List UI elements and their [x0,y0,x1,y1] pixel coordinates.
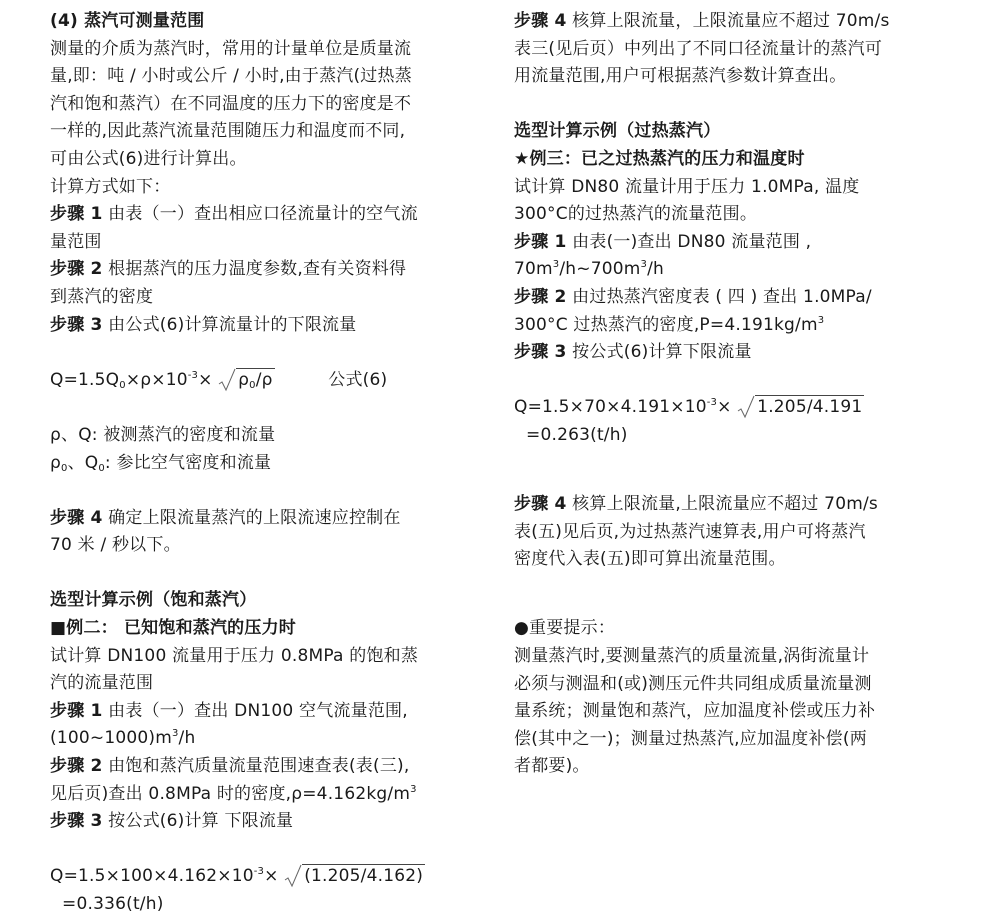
formula-part: ×ρ×10 [126,370,188,390]
sqrt-icon [284,864,302,888]
step-2-cont: 到蒸汽的密度 [50,284,490,312]
step-3: 步骤 3 由公式(6)计算流量计的下限流量 [50,312,490,340]
exponent: 3 [410,784,417,795]
step-text: 70m [514,259,553,279]
formula-part: Q=1.5×100×4.162×10 [50,866,254,886]
legend-symbol: 、Q [68,453,99,473]
formula-label: 公式(6) [328,370,387,390]
example-3-intro: 300°C的过热蒸汽的流量范围。 [514,201,954,229]
legend-symbol: ρ [50,453,61,473]
example-2-title: ■例二： 已知饱和蒸汽的压力时 [50,615,490,643]
step-text: 由表（一）查出 DN100 空气流量范围, [103,701,408,721]
sqrt: (1.205/4.162) [284,863,425,891]
formula-part: × [198,370,212,390]
step-4b-cont: 表(五)见后页,为过热蒸汽速算表,用户可将蒸汽 [514,519,954,547]
step-text: 由饱和蒸汽质量流量范围速查表(表(三), [103,756,410,776]
example-3-title: ★例三：已之过热蒸汽的压力和温度时 [514,146,954,174]
step-4-cont: 用流量范围,用户可根据蒸汽参数计算查出。 [514,63,954,91]
step-label: 步骤 2 [514,287,567,307]
right-column: 步骤 4 核算上限流量，上限流量应不超过 70m/s 表三(见后页）中列出了不同… [514,8,954,781]
step-text: /h [647,259,664,279]
intro-line: 可由公式(6)进行计算出。 [50,146,490,174]
step-label: 步骤 4 [514,494,567,514]
intro-line: 一样的,因此蒸汽流量范围随压力和温度而不同, [50,118,490,146]
step-4b: 步骤 4 核算上限流量,上限流量应不超过 70m/s [514,491,954,519]
step-text: 根据蒸汽的压力温度参数,查有关资料得 [103,259,407,279]
exponent: -3 [707,397,717,408]
step-text: 核算上限流量，上限流量应不超过 70m/s [567,11,890,31]
intro-line: 测量的介质为蒸汽时，常用的计量单位是质量流 [50,36,490,64]
intro-line: 汽和饱和蒸汽）在不同温度的压力下的密度是不 [50,91,490,119]
method-title: 计算方式如下： [50,174,490,202]
example-2-intro: 汽的流量范围 [50,670,490,698]
step-text: 见后页)查出 0.8MPa 时的密度,ρ=4.162kg/m [50,784,410,804]
sqrt: ρ0/ρ [218,367,274,395]
step-label: 步骤 1 [514,232,567,252]
step-label: 步骤 3 [50,315,103,335]
step-label: 步骤 1 [50,701,103,721]
example-title: 选型计算示例（过热蒸汽） [514,118,954,146]
ex2-step-1-cont: (100~1000)m3/h [50,725,490,753]
step-4-cont: 70 米 / 秒以下。 [50,532,490,560]
ex2-formula: Q=1.5×100×4.162×10-3× (1.205/4.162) [50,863,490,891]
formula-part: × [264,866,278,886]
legend-symbol: ρ、Q [50,425,92,445]
step-4: 步骤 4 核算上限流量，上限流量应不超过 70m/s [514,8,954,36]
sqrt: 1.205/4.191 [737,394,864,422]
step-text: 核算上限流量,上限流量应不超过 70m/s [567,494,878,514]
legend-text: : 参比空气密度和流量 [105,453,271,473]
step-label: 步骤 3 [514,342,567,362]
step-text: (100~1000)m [50,728,172,748]
step-text: 由过热蒸汽密度表 ( 四 ) 查出 1.0MPa/ [567,287,872,307]
exponent: -3 [188,370,198,381]
step-4b-cont: 密度代入表(五)即可算出流量范围。 [514,546,954,574]
note-title: ●重要提示： [514,615,954,643]
step-label: 步骤 3 [50,811,103,831]
legend-line: ρ0、Q0: 参比空气密度和流量 [50,450,490,478]
left-column: (4) 蒸汽可测量范围 测量的介质为蒸汽时，常用的计量单位是质量流 量,即：吨 … [50,8,490,919]
example-3-intro: 试计算 DN80 流量计用于压力 1.0MPa, 温度 [514,174,954,202]
radicand: ρ [238,370,249,390]
step-text: 由公式(6)计算流量计的下限流量 [103,315,357,335]
ex2-step-1: 步骤 1 由表（一）查出 DN100 空气流量范围, [50,698,490,726]
ex3-result: =0.263(t/h) [514,422,954,450]
legend-text: : 被测蒸汽的密度和流量 [92,425,276,445]
step-label: 步骤 4 [514,11,567,31]
step-4-cont: 表三(见后页）中列出了不同口径流量计的蒸汽可 [514,36,954,64]
ex3-step-3: 步骤 3 按公式(6)计算下限流量 [514,339,954,367]
example-2-intro: 试计算 DN100 流量用于压力 0.8MPa 的饱和蒸 [50,643,490,671]
ex2-step-2: 步骤 2 由饱和蒸汽质量流量范围速查表(表(三), [50,753,490,781]
ex3-formula: Q=1.5×70×4.191×10-3× 1.205/4.191 [514,394,954,422]
example-title: 选型计算示例（饱和蒸汽） [50,587,490,615]
radicand: 1.205/4.191 [755,395,864,418]
ex3-step-2-cont: 300°C 过热蒸汽的密度,P=4.191kg/m3 [514,312,954,340]
note-line: 量系统；测量饱和蒸汽，应加温度补偿或压力补 [514,698,954,726]
note-line: 必须与测温和(或)测压元件共同组成质量流量测 [514,671,954,699]
step-label: 步骤 2 [50,756,103,776]
formula-part: Q=1.5×70×4.191×10 [514,397,707,417]
step-1: 步骤 1 由表（一）查出相应口径流量计的空气流 [50,201,490,229]
exponent: -3 [254,866,264,877]
sqrt-icon [218,368,236,392]
section-heading: (4) 蒸汽可测量范围 [50,8,490,36]
step-2: 步骤 2 根据蒸汽的压力温度参数,查有关资料得 [50,256,490,284]
exponent: 3 [818,315,825,326]
ex3-step-2: 步骤 2 由过热蒸汽密度表 ( 四 ) 查出 1.0MPa/ [514,284,954,312]
step-label: 步骤 4 [50,508,103,528]
formula-6: Q=1.5Q0×ρ×10-3× ρ0/ρ 公式(6) [50,367,490,395]
ex3-step-1: 步骤 1 由表(一)查出 DN80 流量范围 , [514,229,954,257]
step-text: 由表（一）查出相应口径流量计的空气流 [103,204,418,224]
radicand: /ρ [256,370,273,390]
step-4: 步骤 4 确定上限流量蒸汽的上限流速应控制在 [50,505,490,533]
sqrt-icon [737,395,755,419]
note-line: 测量蒸汽时,要测量蒸汽的质量流量,涡街流量计 [514,643,954,671]
ex3-step-1-cont: 70m3/h~700m3/h [514,256,954,284]
step-text: 按公式(6)计算 下限流量 [103,811,294,831]
step-label: 步骤 1 [50,204,103,224]
ex2-result: =0.336(t/h) [50,891,490,919]
ex2-step-2-cont: 见后页)查出 0.8MPa 时的密度,ρ=4.162kg/m3 [50,781,490,809]
step-text: /h [179,728,196,748]
step-text: 确定上限流量蒸汽的上限流速应控制在 [103,508,401,528]
step-1-cont: 量范围 [50,229,490,257]
step-text: 300°C 过热蒸汽的密度,P=4.191kg/m [514,315,818,335]
radicand: (1.205/4.162) [302,864,425,887]
formula-part: × [717,397,731,417]
legend-line: ρ、Q: 被测蒸汽的密度和流量 [50,422,490,450]
step-text: 由表(一)查出 DN80 流量范围 , [567,232,812,252]
formula-part: Q=1.5Q [50,370,119,390]
step-label: 步骤 2 [50,259,103,279]
intro-line: 量,即：吨 / 小时或公斤 / 小时,由于蒸汽(过热蒸 [50,63,490,91]
step-text: /h~700m [559,259,640,279]
ex2-step-3: 步骤 3 按公式(6)计算 下限流量 [50,808,490,836]
step-text: 按公式(6)计算下限流量 [567,342,752,362]
note-line: 者都要)。 [514,753,954,781]
note-line: 偿(其中之一)；测量过热蒸汽,应加温度补偿(两 [514,726,954,754]
